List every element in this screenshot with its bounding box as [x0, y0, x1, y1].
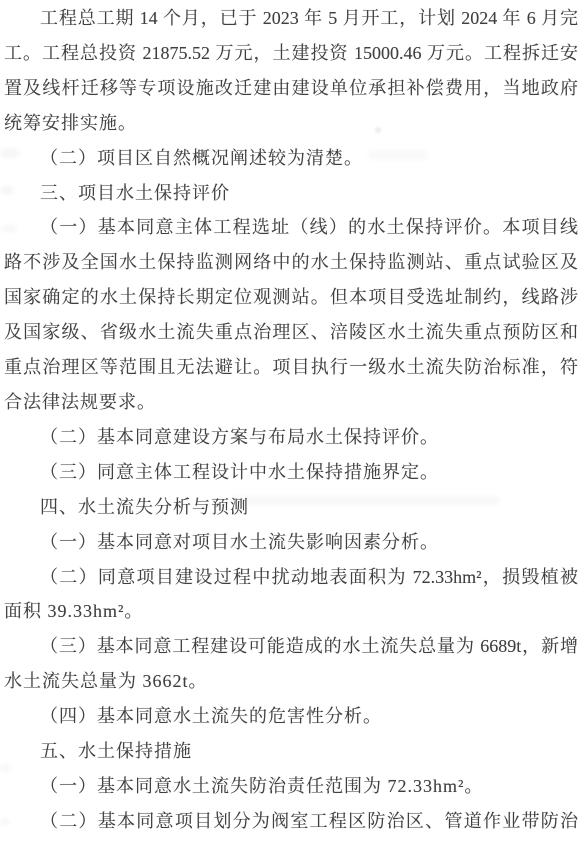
paragraph: （二）同意项目建设过程中扰动地表面积为 72.33hm²，损毁植被面积 39.3…: [4, 560, 578, 630]
document-page: 工程总工期 14 个月，已于 2023 年 5 月开工，计划 2024 年 6 …: [0, 0, 586, 843]
document-line: 工程总工期 14 个月，已于 2023 年 5 月开工，计划 2024 年 6 …: [4, 1, 578, 36]
document-line: （一）基本同意水土流失防治责任范围为 72.33hm²。: [4, 769, 578, 804]
document-line: （一）基本同意主体工程选址（线）的水土保持评价。本项目线: [4, 210, 578, 245]
paragraph: （二）基本同意项目划分为阀室工程区防治区、管道作业带防治: [4, 804, 578, 839]
document-line: （三）基本同意工程建设可能造成的水土流失总量为 6689t，新增: [4, 629, 578, 664]
document-line: 及国家级、省级水土流失重点治理区、涪陵区水土流失重点预防区和: [4, 315, 578, 350]
paragraph: （一）基本同意对项目水土流失影响因素分析。: [4, 525, 578, 560]
document-line: 水土流失总量为 3662t。: [4, 664, 578, 699]
document-line: 统筹安排实施。: [4, 106, 578, 141]
document-line: （二）项目区自然概况阐述较为清楚。: [4, 141, 578, 176]
paragraph: 三、项目水土保持评价: [4, 176, 578, 211]
paragraph: （二）项目区自然概况阐述较为清楚。: [4, 141, 578, 176]
document-line: 合法律法规要求。: [4, 385, 578, 420]
paragraph: （一）基本同意主体工程选址（线）的水土保持评价。本项目线路不涉及全国水土保持监测…: [4, 210, 578, 419]
document-line: （二）基本同意项目划分为阀室工程区防治区、管道作业带防治: [4, 804, 578, 839]
document-line: 国家确定的水土保持长期定位观测站。但本项目受选址制约，线路涉: [4, 280, 578, 315]
document-line: 置及线杆迁移等专项设施改迁建由建设单位承担补偿费用，当地政府: [4, 71, 578, 106]
document-line: 路不涉及全国水土保持监测网络中的水土保持监测站、重点试验区及: [4, 245, 578, 280]
paragraph: （二）基本同意建设方案与布局水土保持评价。: [4, 420, 578, 455]
document-line: 工。工程总投资 21875.52 万元，土建投资 15000.46 万元。工程拆…: [4, 36, 578, 71]
paragraph: （四）基本同意水土流失的危害性分析。: [4, 699, 578, 734]
document-line: 四、水土流失分析与预测: [4, 490, 578, 525]
paragraph: （三）同意主体工程设计中水土保持措施界定。: [4, 455, 578, 490]
document-line: （二）基本同意建设方案与布局水土保持评价。: [4, 420, 578, 455]
paragraph: 四、水土流失分析与预测: [4, 490, 578, 525]
paragraph: 五、水土保持措施: [4, 734, 578, 769]
document-line: 三、项目水土保持评价: [4, 176, 578, 211]
paragraph: 工程总工期 14 个月，已于 2023 年 5 月开工，计划 2024 年 6 …: [4, 1, 578, 141]
document-body: 工程总工期 14 个月，已于 2023 年 5 月开工，计划 2024 年 6 …: [4, 1, 578, 839]
document-line: （四）基本同意水土流失的危害性分析。: [4, 699, 578, 734]
document-line: （三）同意主体工程设计中水土保持措施界定。: [4, 455, 578, 490]
document-line: （二）同意项目建设过程中扰动地表面积为 72.33hm²，损毁植被: [4, 560, 578, 595]
document-line: 面积 39.33hm²。: [4, 594, 578, 629]
document-line: 重点治理区等范围且无法避让。项目执行一级水土流失防治标准，符: [4, 350, 578, 385]
paragraph: （一）基本同意水土流失防治责任范围为 72.33hm²。: [4, 769, 578, 804]
document-line: （一）基本同意对项目水土流失影响因素分析。: [4, 525, 578, 560]
paragraph: （三）基本同意工程建设可能造成的水土流失总量为 6689t，新增水土流失总量为 …: [4, 629, 578, 699]
document-line: 五、水土保持措施: [4, 734, 578, 769]
